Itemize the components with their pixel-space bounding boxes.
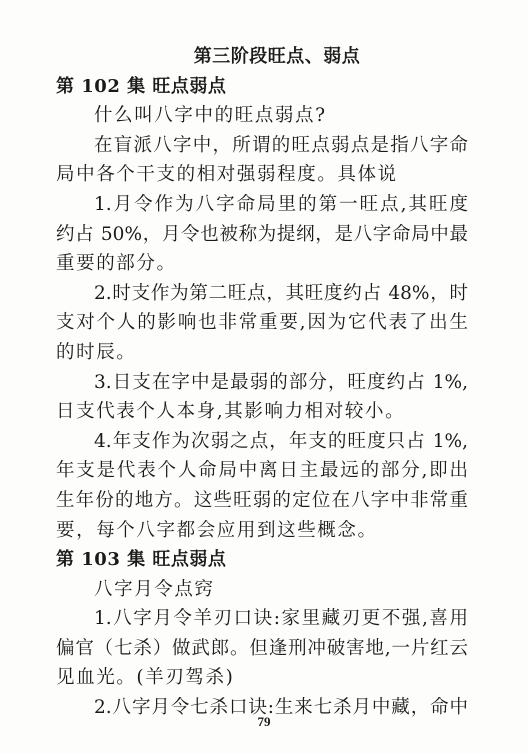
text-line: 年支是代表个人命局中离日主最远的部分,即出 [56, 456, 468, 486]
text-line: 生年份的地方。这些旺弱的定位在八字中非常重 [56, 486, 468, 516]
text-line: 见血光。(羊刃驾杀) [56, 663, 468, 693]
text-line: 在盲派八字中，所谓的旺点弱点是指八字命 [56, 131, 468, 161]
text-line: 4.年支作为次弱之点，年支的旺度只占 1%, [56, 427, 468, 457]
text-line: 重要的部分。 [56, 249, 468, 279]
text-line: 3.日支在字中是最弱的部分，旺度约占 1%, [56, 368, 468, 398]
section-heading-102: 第 102 集 旺点弱点 [56, 72, 468, 102]
page-number: 79 [0, 714, 528, 730]
text-line: 日支代表个人本身,其影响力相对较小。 [56, 397, 468, 427]
chapter-title: 第三阶段旺点、弱点 [56, 42, 468, 72]
section-body-102: 什么叫八字中的旺点弱点?在盲派八字中，所谓的旺点弱点是指八字命局中各个干支的相对… [56, 101, 468, 545]
book-page: 第三阶段旺点、弱点 第 102 集 旺点弱点 什么叫八字中的旺点弱点?在盲派八字… [56, 42, 468, 723]
text-line: 约占 50%，月令也被称为提纲，是八字命局中最 [56, 220, 468, 250]
text-line: 支对个人的影响也非常重要,因为它代表了出生 [56, 308, 468, 338]
section-heading-103: 第 103 集 旺点弱点 [56, 545, 468, 575]
text-line: 2.时支作为第二旺点，其旺度约占 48%，时 [56, 279, 468, 309]
text-line: 要，每个八字都会应用到这些概念。 [56, 516, 468, 546]
text-line: 偏官（七杀）做武郎。但逢刑冲破害地,一片红云 [56, 634, 468, 664]
text-line: 1.八字月令羊刃口诀:家里藏刃更不强,喜用 [56, 604, 468, 634]
text-line: 什么叫八字中的旺点弱点? [56, 101, 468, 131]
text-line: 局中各个干支的相对强弱程度。具体说 [56, 160, 468, 190]
text-line: 1.月令作为八字命局里的第一旺点,其旺度 [56, 190, 468, 220]
section-body-103: 八字月令点窍1.八字月令羊刃口诀:家里藏刃更不强,喜用偏官（七杀）做武郎。但逢刑… [56, 575, 468, 723]
text-line: 的时辰。 [56, 338, 468, 368]
text-line: 八字月令点窍 [56, 575, 468, 605]
